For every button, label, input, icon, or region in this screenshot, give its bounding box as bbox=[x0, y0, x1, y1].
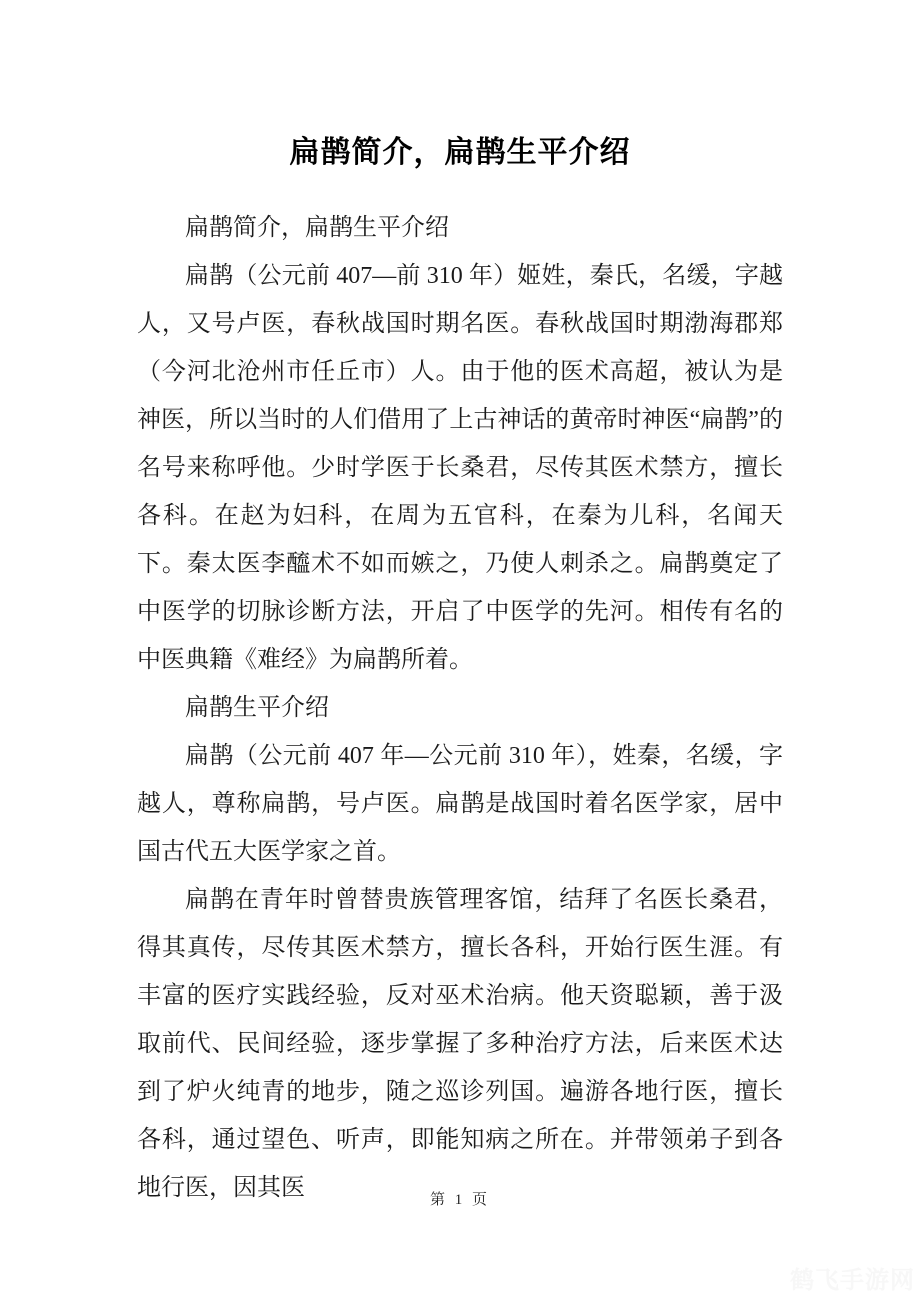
paragraph: 扁鹊生平介绍 bbox=[137, 684, 783, 732]
document-page: 扁鹊简介，扁鹊生平介绍 扁鹊简介，扁鹊生平介绍扁鹊（公元前 407—前 310 … bbox=[0, 0, 920, 1302]
document-body: 扁鹊简介，扁鹊生平介绍扁鹊（公元前 407—前 310 年）姬姓，秦氏，名缓，字… bbox=[137, 204, 783, 1212]
page-number: 第 1 页 bbox=[0, 1188, 920, 1209]
paragraph: 扁鹊（公元前 407—前 310 年）姬姓，秦氏，名缓，字越人，又号卢医，春秋战… bbox=[137, 252, 783, 684]
paragraph: 扁鹊（公元前 407 年—公元前 310 年），姓秦，名缓，字越人，尊称扁鹊，号… bbox=[137, 732, 783, 876]
watermark-text: 鹤飞手游网 bbox=[790, 1260, 915, 1295]
document-title: 扁鹊简介，扁鹊生平介绍 bbox=[0, 0, 920, 172]
paragraph: 扁鹊简介，扁鹊生平介绍 bbox=[137, 204, 783, 252]
paragraph: 扁鹊在青年时曾替贵族管理客馆，结拜了名医长桑君，得其真传，尽传其医术禁方，擅长各… bbox=[137, 876, 783, 1212]
